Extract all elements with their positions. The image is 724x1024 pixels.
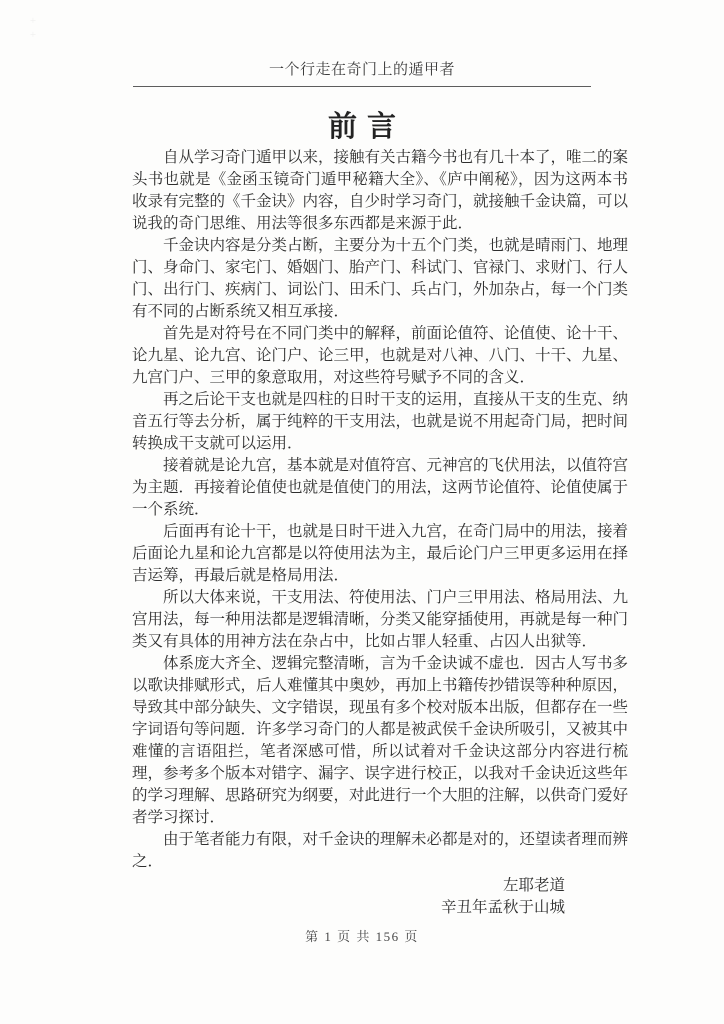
paragraph: 后面再有论十干，也就是日时干进入九宫，在奇门局中的用法，接着后面论九星和论九宫都… — [132, 521, 628, 587]
paragraph: 所以大体来说，干支用法、符使用法、门户三甲用法、格局用法、九宫用法，每一种用法都… — [132, 587, 628, 653]
paragraph: 接着就是论九宫，基本就是对值符宫、元神宫的飞伏用法，以值符宫为主题．再接着论值使… — [132, 455, 628, 521]
signature-block: 左耶老道 辛丑年孟秋于山城 — [132, 875, 628, 919]
signature-date: 辛丑年孟秋于山城 — [132, 897, 565, 919]
header-rule — [133, 86, 591, 87]
page-number-footer: 第 1 页 共 156 页 — [0, 926, 724, 945]
document-page: ++ 一个行走在奇门上的遁甲者 前言 自从学习奇门遁甲以来，接触有关古籍今书也有… — [0, 0, 724, 1024]
page-title: 前言 — [0, 104, 724, 145]
paragraph: 再之后论干支也就是四柱的日时干支的运用，直接从干支的生克、纳音五行等去分析，属于… — [132, 389, 628, 455]
paragraph: 自从学习奇门遁甲以来，接触有关古籍今书也有几十本了，唯二的案头书也就是《金函玉镜… — [132, 147, 628, 235]
paragraph: 体系庞大齐全、逻辑完整清晰，言为千金诀诚不虚也．因古人写书多以歌诀排赋形式，后人… — [132, 653, 628, 829]
running-header: 一个行走在奇门上的遁甲者 — [0, 58, 724, 79]
document-body: 自从学习奇门遁甲以来，接触有关古籍今书也有几十本了，唯二的案头书也就是《金函玉镜… — [132, 147, 628, 919]
scan-artifact: ++ — [26, 14, 40, 48]
paragraph: 首先是对符号在不同门类中的解释，前面论值符、论值使、论十干、论九星、论九宫、论门… — [132, 323, 628, 389]
signature-name: 左耶老道 — [132, 875, 565, 897]
paragraph: 千金诀内容是分类占断，主要分为十五个门类，也就是晴雨门、地理门、身命门、家宅门、… — [132, 235, 628, 323]
paragraph: 由于笔者能力有限，对千金诀的理解未必都是对的，还望读者理而辨之． — [132, 829, 628, 873]
